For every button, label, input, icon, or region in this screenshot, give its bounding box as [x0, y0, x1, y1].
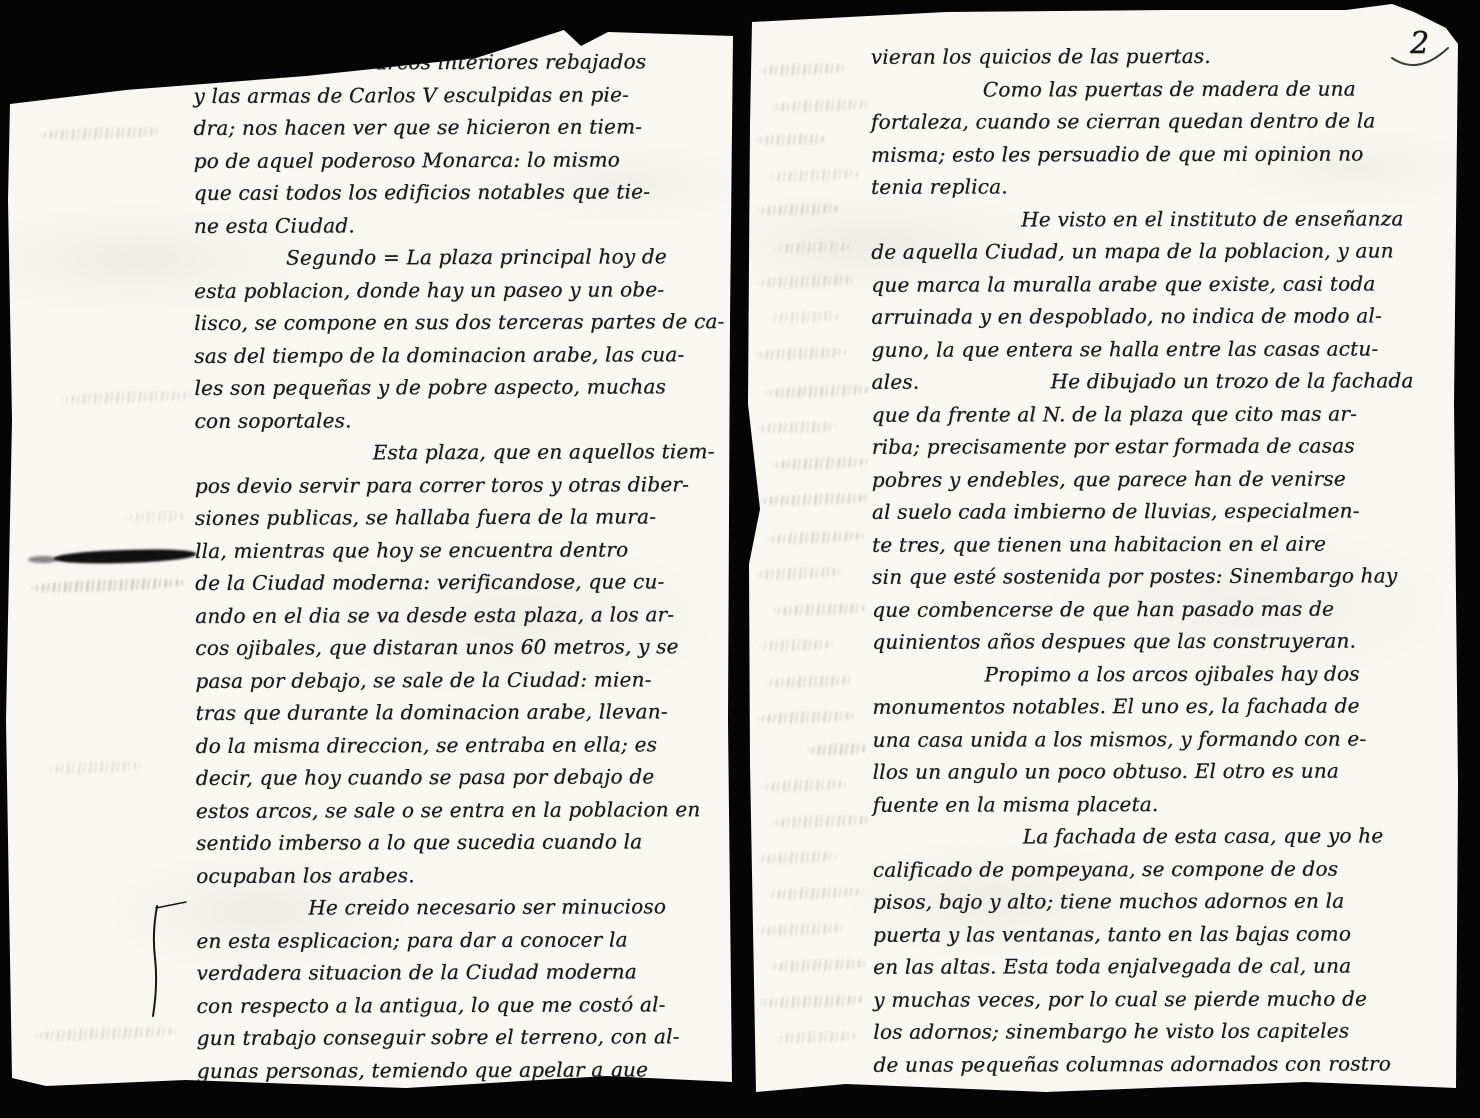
- manuscript-line: y las armas de Carlos V esculpidas en pi…: [193, 78, 728, 112]
- manuscript-line: pisos, bajo y alto; tiene muchos adornos…: [873, 884, 1459, 918]
- manuscript-line: en esta esplicacion; para dar a conocer …: [196, 923, 731, 957]
- manuscript-line: en las altas. Esta toda enjalvegada de c…: [873, 949, 1459, 983]
- bleedthrough-marks: [758, 710, 854, 724]
- bleedthrough-marks: [758, 203, 838, 217]
- manuscript-line: Como las puertas de madera de una: [871, 72, 1457, 106]
- bleedthrough-marks: [762, 779, 846, 793]
- manuscript-line: ando en el dia se va desde esta plaza, a…: [195, 598, 730, 632]
- manuscript-line: siones publicas, se hallaba fuera de la …: [195, 500, 730, 534]
- bleedthrough-marks: [32, 577, 184, 593]
- bleedthrough-marks: [760, 994, 864, 1009]
- manuscript-line: esta poblacion, donde hay un paseo y un …: [194, 273, 729, 307]
- bleedthrough-marks: [772, 814, 872, 828]
- bleedthrough-marks: [756, 567, 840, 581]
- manuscript-line: ne esta Ciudad.: [194, 208, 729, 242]
- bleedthrough-marks: [774, 602, 866, 616]
- ink-smear-tail: [28, 556, 58, 563]
- bleedthrough-marks: [776, 1031, 856, 1045]
- manuscript-line: sin que esté sostenida por postes: Sinem…: [872, 559, 1458, 593]
- manuscript-page-right: 2 vieran los quicios: [746, 4, 1462, 1096]
- manuscript-line: de unas pequeñas columnas adornados con …: [873, 1047, 1459, 1081]
- manuscript-line: cos ojibales, que distaran unos 60 metro…: [195, 630, 730, 664]
- manuscript-line: gun trabajo conseguir sobre el terreno, …: [197, 1020, 732, 1054]
- manuscript-line: fortaleza, cuando se cierran quedan dent…: [871, 104, 1457, 138]
- bleedthrough-marks: [756, 133, 826, 146]
- manuscript-line: He creido necesario ser minucioso: [196, 890, 731, 924]
- bleedthrough-marks: [768, 530, 864, 544]
- manuscript-line: Segundo = La plaza principal hoy de: [194, 240, 729, 274]
- manuscript-line: decir, que hoy cuando se pasa por debajo…: [196, 760, 731, 794]
- manuscript-line: La fachada de esta casa, que yo he: [873, 819, 1459, 853]
- manuscript-line: po de aquel poderoso Monarca: lo mismo: [194, 143, 729, 177]
- bleedthrough-marks: [758, 851, 836, 865]
- manuscript-line: misma; esto les persuadio de que mi opin…: [871, 137, 1457, 171]
- bleedthrough-marks: [756, 346, 846, 360]
- manuscript-line: llos un angulo un poco obtuso. El otro e…: [873, 754, 1459, 788]
- manuscript-line: con soportales.: [194, 403, 729, 437]
- manuscript-line: fuente en la misma placeta.: [873, 787, 1459, 821]
- manuscript-line: gunas personas, temiendo que apelar a qu…: [197, 1053, 732, 1087]
- bleedthrough-marks: [808, 743, 868, 756]
- manuscript-line: pasa por debajo, se sale de la Ciudad: m…: [195, 663, 730, 697]
- manuscript-line: al suelo cada imbierno de lluvias, espec…: [872, 494, 1458, 528]
- manuscript-line: dra; nos hacen ver que se hicieron en ti…: [193, 110, 728, 144]
- bleedthrough-marks: [772, 456, 868, 470]
- manuscript-line: y muchas veces, por lo cual se pierde mu…: [873, 982, 1459, 1016]
- bleedthrough-marks: [766, 674, 854, 688]
- manuscript-line: los adornos; sinembargo he visto los cap…: [873, 1014, 1459, 1048]
- left-page-text: los tambores, los arcos interiores rebaj…: [193, 45, 732, 1087]
- manuscript-line: Esta plaza, que en aquellos tiem-: [195, 435, 730, 469]
- scanned-manuscript: los tambores, los arcos interiores rebaj…: [0, 0, 1480, 1118]
- manuscript-line: ales. He dibujado un trozo de la fachada: [871, 364, 1457, 398]
- bleedthrough-marks: [766, 384, 870, 399]
- bleedthrough-marks: [126, 511, 186, 524]
- bleedthrough-marks: [40, 126, 160, 141]
- bleedthrough-marks: [758, 274, 854, 288]
- bleedthrough-marks: [758, 923, 844, 937]
- manuscript-line: do la misma direccion, se entraba en ell…: [196, 728, 731, 762]
- bleedthrough-marks: [760, 639, 832, 653]
- manuscript-line: con respecto a la antigua, lo que me cos…: [196, 988, 731, 1022]
- manuscript-line: de aquella Ciudad, un mapa de la poblaci…: [871, 234, 1457, 268]
- manuscript-line: calificado de pompeyana, se compone de d…: [873, 852, 1459, 886]
- manuscript-line: lisco, se compone en sus dos terceras pa…: [194, 305, 729, 339]
- manuscript-line: que casi todos los edificios notables qu…: [194, 175, 729, 209]
- bleedthrough-marks: [768, 168, 860, 182]
- manuscript-line: te tres, que tienen una habitacion en el…: [872, 527, 1458, 561]
- manuscript-line: pos devio servir para correr toros y otr…: [195, 468, 730, 502]
- bleedthrough-marks: [772, 98, 872, 112]
- bleedthrough-marks: [46, 760, 142, 774]
- manuscript-line: tenia replica.: [871, 169, 1457, 203]
- bleedthrough-marks: [770, 958, 866, 972]
- manuscript-line: lla, mientras que hoy se encuentra dentr…: [195, 533, 730, 567]
- manuscript-line: monumentos notables. El uno es, la facha…: [872, 689, 1458, 723]
- manuscript-line: que marca la muralla arabe que existe, c…: [871, 267, 1457, 301]
- manuscript-line: verdadera situacion de la Ciudad moderna: [196, 955, 731, 989]
- manuscript-line: puerta y las ventanas, tanto en las baja…: [873, 917, 1459, 951]
- manuscript-line: tras que durante la dominacion arabe, ll…: [195, 695, 730, 729]
- bleedthrough-marks: [770, 311, 838, 324]
- manuscript-line: que combencerse de que han pasado mas de: [872, 592, 1458, 626]
- manuscript-line: les son pequeñas y de pobre aspecto, muc…: [194, 370, 729, 404]
- manuscript-line: los tambores, los arcos interiores rebaj…: [193, 45, 728, 79]
- manuscript-line: arruinada y en despoblado, no indica de …: [871, 299, 1457, 333]
- bleedthrough-marks: [768, 886, 862, 900]
- manuscript-line: Propimo a los arcos ojibales hay dos: [872, 657, 1458, 691]
- bleedthrough-marks: [760, 492, 870, 507]
- manuscript-line: pobres y endebles, que parece han de ven…: [872, 462, 1458, 496]
- manuscript-line: sentido imberso a lo que sucedia cuando …: [196, 825, 731, 859]
- manuscript-line: de la Ciudad moderna: verificandose, que…: [195, 565, 730, 599]
- manuscript-line: He visto en el instituto de enseñanza: [871, 202, 1457, 236]
- manuscript-page-left: los tambores, los arcos interiores rebaj…: [6, 20, 734, 1108]
- right-page-text: vieran los quicios de las puertas.Como l…: [871, 39, 1460, 1081]
- manuscript-line: sas del tiempo de la dominacion arabe, l…: [194, 338, 729, 372]
- bleedthrough-marks: [776, 241, 850, 255]
- ink-smear: [54, 548, 196, 565]
- manuscript-line: riba; precisamente por estar formada de …: [872, 429, 1458, 463]
- bleedthrough-marks: [760, 63, 846, 77]
- bleedthrough-marks: [758, 421, 836, 435]
- manuscript-line: vieran los quicios de las puertas.: [871, 39, 1457, 73]
- bleedthrough-marks: [36, 1026, 176, 1042]
- bleedthrough-marks: [62, 390, 192, 406]
- manuscript-line: que da frente al N. de la plaza que cito…: [872, 397, 1458, 431]
- manuscript-line: ocupaban los arabes.: [196, 858, 731, 892]
- manuscript-line: una casa unida a los mismos, y formando …: [872, 722, 1458, 756]
- manuscript-line: estos arcos, se sale o se entra en la po…: [196, 793, 731, 827]
- manuscript-line: guno, la que entera se halla entre las c…: [871, 332, 1457, 366]
- manuscript-line: quinientos años despues que las construy…: [872, 624, 1458, 658]
